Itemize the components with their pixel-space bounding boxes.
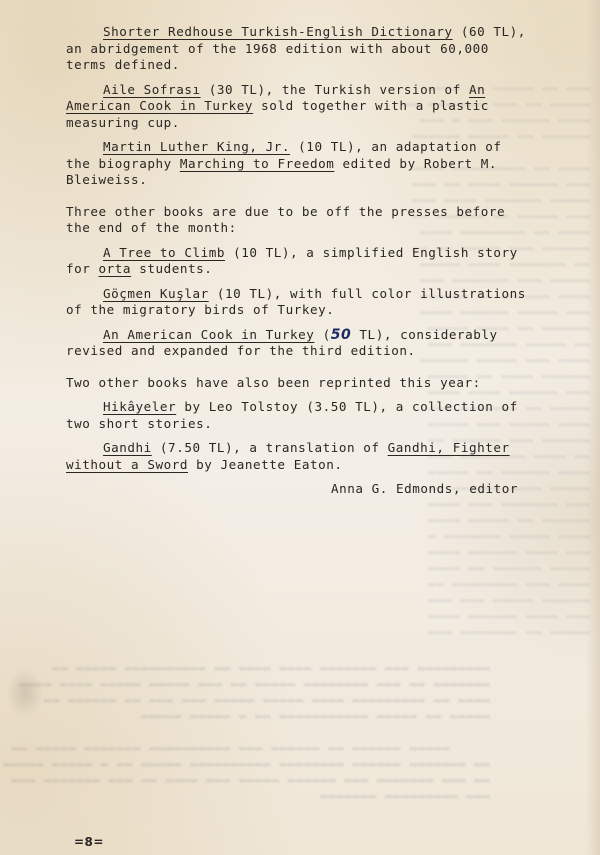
book-title: Shorter Redhouse Turkish-English Diction… [103, 24, 453, 39]
book-title: Hikâyeler [103, 399, 176, 414]
book-description: (30 TL), the Turkish version of [201, 82, 469, 97]
book-description: (7.50 TL), a translation of [152, 440, 388, 455]
paper-edge [586, 0, 600, 855]
book-entry-redhouse-dictionary: Shorter Redhouse Turkish-English Diction… [66, 24, 526, 74]
price-open: ( [314, 327, 330, 342]
book-description: students. [131, 261, 212, 276]
book-entry-gocmen-kuslar: Göçmen Kuşlar (10 TL), with full color i… [66, 286, 526, 319]
book-title: An American Cook in Turkey [103, 327, 314, 342]
book-entry-aile-sofrasi: Aile Sofrası (30 TL), the Turkish versio… [66, 82, 526, 132]
book-title: A Tree to Climb [103, 245, 225, 260]
book-title: Göçmen Kuşlar [103, 286, 209, 301]
upcoming-intro: Three other books are due to be off the … [66, 204, 526, 237]
handwritten-price-correction: 50 [331, 327, 352, 343]
page-number: =8= [74, 835, 104, 849]
referenced-term: orta [99, 261, 132, 276]
punch-hole-shadow [6, 668, 44, 718]
book-title: Aile Sofrası [103, 82, 201, 97]
referenced-title: Marching to Freedom [180, 156, 335, 171]
book-entry-tree-to-climb: A Tree to Climb (10 TL), a simplified En… [66, 245, 526, 278]
book-entry-hikayeler: Hikâyeler by Leo Tolstoy (3.50 TL), a co… [66, 399, 526, 432]
reprint-intro: Two other books have also been reprinted… [66, 375, 526, 392]
book-entry-martin-luther-king: Martin Luther King, Jr. (10 TL), an adap… [66, 139, 526, 189]
book-description: by Jeanette Eaton. [188, 457, 343, 472]
document-body: Shorter Redhouse Turkish-English Diction… [66, 24, 526, 506]
document-page: ▬▬▬ ▬▬ ▬▬▬▬▬ ▬▬ ▬▬▬▬ ▬▬▬▬▬ ▬▬ ▬▬▬ ▬▬▬▬▬▬… [0, 0, 600, 855]
book-entry-gandhi: Gandhi (7.50 TL), a translation of Gandh… [66, 440, 526, 473]
editor-signature: Anna G. Edmonds, editor [66, 481, 526, 498]
book-entry-american-cook: An American Cook in Turkey (50 TL), cons… [66, 327, 526, 360]
bleed-through-text: ▬▬▬▬▬▬▬▬▬ ▬▬▬ ▬▬▬▬▬▬▬ ▬▬▬▬ ▬▬▬▬ ▬▬ ▬▬▬▬▬… [60, 660, 490, 804]
book-title: Martin Luther King, Jr. [103, 139, 290, 154]
book-title: Gandhi [103, 440, 152, 455]
